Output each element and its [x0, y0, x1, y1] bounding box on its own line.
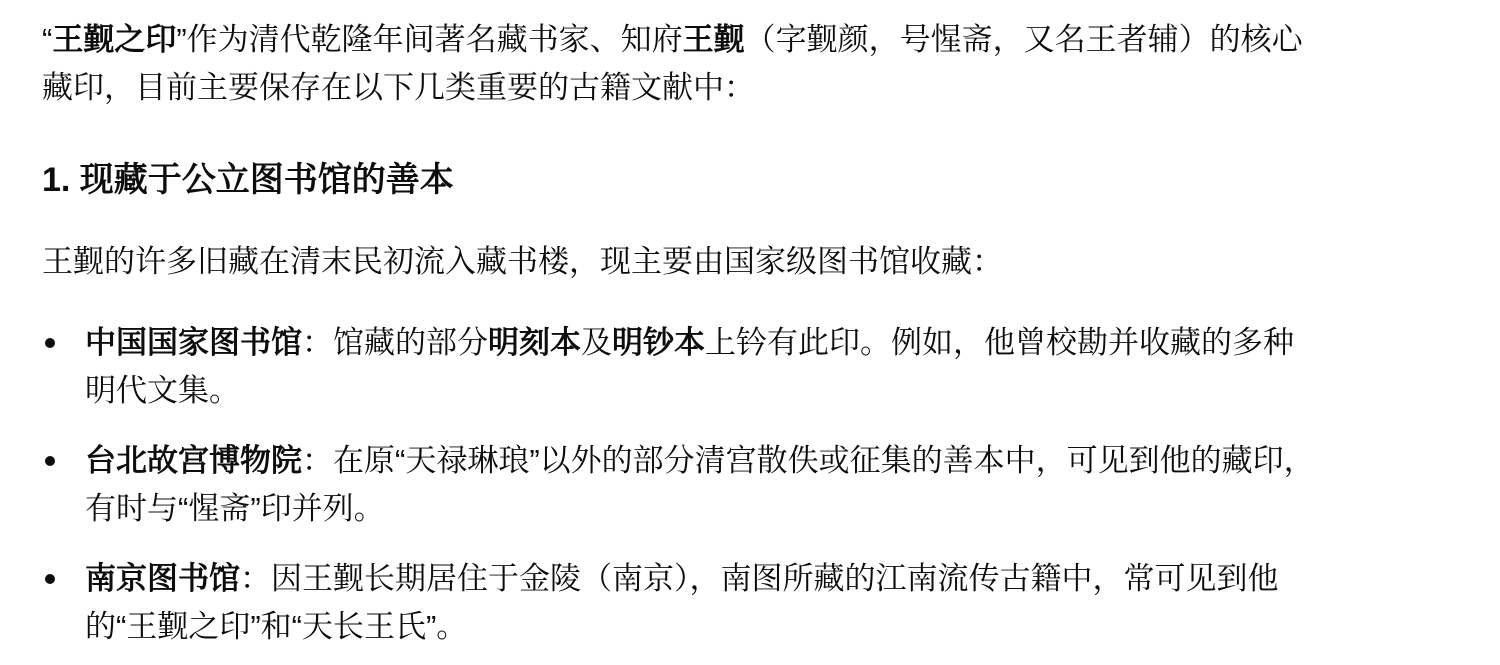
document-page: “王觐之印”作为清代乾隆年间著名藏书家、知府王觐（字觐颜，号惺斋，又名王者辅）的…	[0, 0, 1500, 665]
bold-text-segment: 南京图书馆	[85, 561, 240, 596]
bullet-marker	[42, 319, 85, 348]
text-segment: ：因王觐长期居住于金陵（南京），南图所藏的江南流传古籍中，常可见到他的“王觐之印…	[85, 561, 1279, 644]
bullet-dot-icon	[45, 338, 55, 348]
bold-text-segment: 明钞本	[612, 325, 705, 360]
bold-text-segment: 台北故宫博物院	[85, 443, 302, 478]
bullet-marker	[42, 437, 85, 466]
text-segment: “	[42, 22, 52, 57]
text-segment: ”作为清代乾隆年间著名藏书家、知府	[176, 22, 682, 57]
bullet-dot-icon	[45, 456, 55, 466]
text-segment: ：馆藏的部分	[302, 325, 488, 360]
list-item: 南京图书馆：因王觐长期居住于金陵（南京），南图所藏的江南流传古籍中，常可见到他的…	[42, 555, 1317, 651]
bold-text-segment: 王觐之印	[52, 22, 176, 57]
bold-text-segment: 明刻本	[488, 325, 581, 360]
list-item-text: 南京图书馆：因王觐长期居住于金陵（南京），南图所藏的江南流传古籍中，常可见到他的…	[85, 555, 1317, 651]
list-item: 台北故宫博物院：在原“天禄琳琅”以外的部分清宫散佚或征集的善本中，可见到他的藏印…	[42, 437, 1317, 533]
list-item-text: 中国国家图书馆：馆藏的部分明刻本及明钞本上钤有此印。例如，他曾校勘并收藏的多种明…	[85, 319, 1317, 415]
bold-text-segment: 中国国家图书馆	[85, 325, 302, 360]
library-bullet-list: 中国国家图书馆：馆藏的部分明刻本及明钞本上钤有此印。例如，他曾校勘并收藏的多种明…	[42, 319, 1317, 651]
bold-text-segment: 王觐	[683, 22, 745, 57]
list-item: 中国国家图书馆：馆藏的部分明刻本及明钞本上钤有此印。例如，他曾校勘并收藏的多种明…	[42, 319, 1317, 415]
list-item-text: 台北故宫博物院：在原“天禄琳琅”以外的部分清宫散佚或征集的善本中，可见到他的藏印…	[85, 437, 1317, 533]
text-segment: 及	[581, 325, 612, 360]
section-heading: 1. 现藏于公立图书馆的善本	[42, 157, 1317, 203]
bullet-marker	[42, 555, 85, 584]
document-content: “王觐之印”作为清代乾隆年间著名藏书家、知府王觐（字觐颜，号惺斋，又名王者辅）的…	[0, 0, 1317, 651]
bullet-dot-icon	[45, 574, 55, 584]
intro-paragraph: “王觐之印”作为清代乾隆年间著名藏书家、知府王觐（字觐颜，号惺斋，又名王者辅）的…	[42, 16, 1317, 112]
section-lead-paragraph: 王觐的许多旧藏在清末民初流入藏书楼，现主要由国家级图书馆收藏：	[42, 238, 1317, 286]
